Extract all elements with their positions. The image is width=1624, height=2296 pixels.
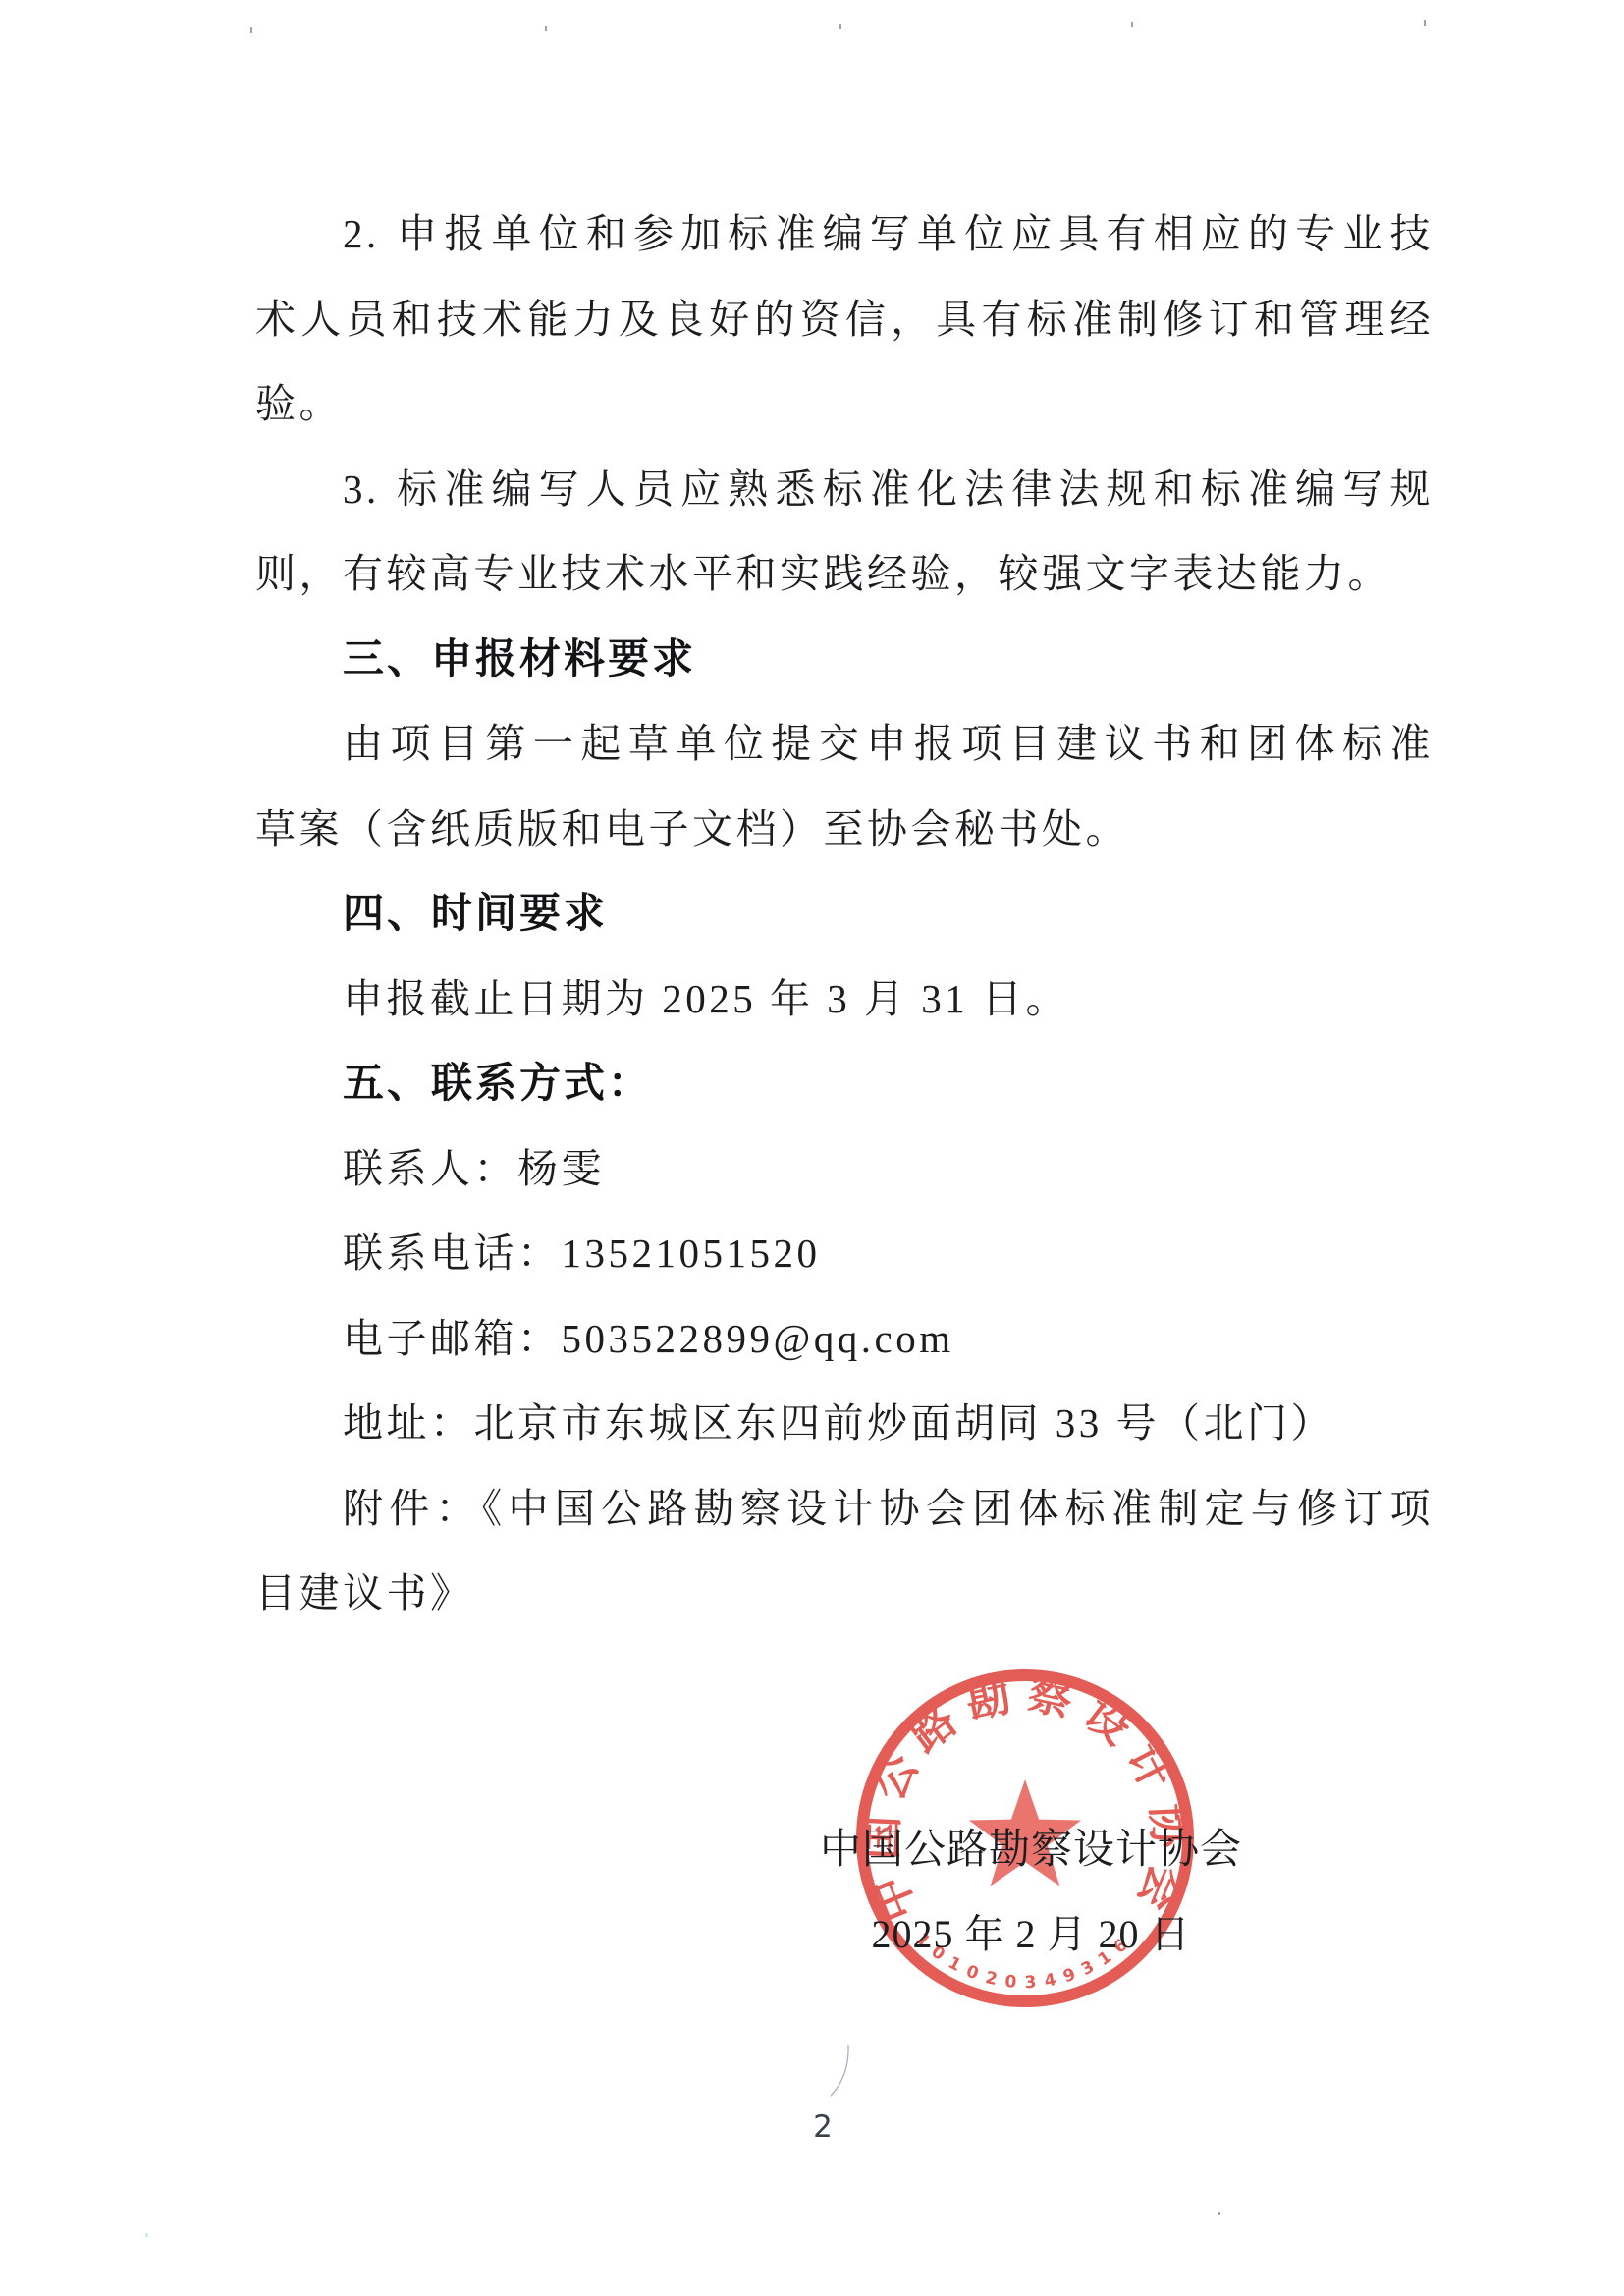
page-number: 2 xyxy=(791,2109,854,2145)
scan-artifact-curve xyxy=(0,0,1624,2296)
document-page: 2. 申报单位和参加标准编写单位应具有相应的专业技 术人员和技术能力及良好的资信… xyxy=(0,0,1624,2296)
